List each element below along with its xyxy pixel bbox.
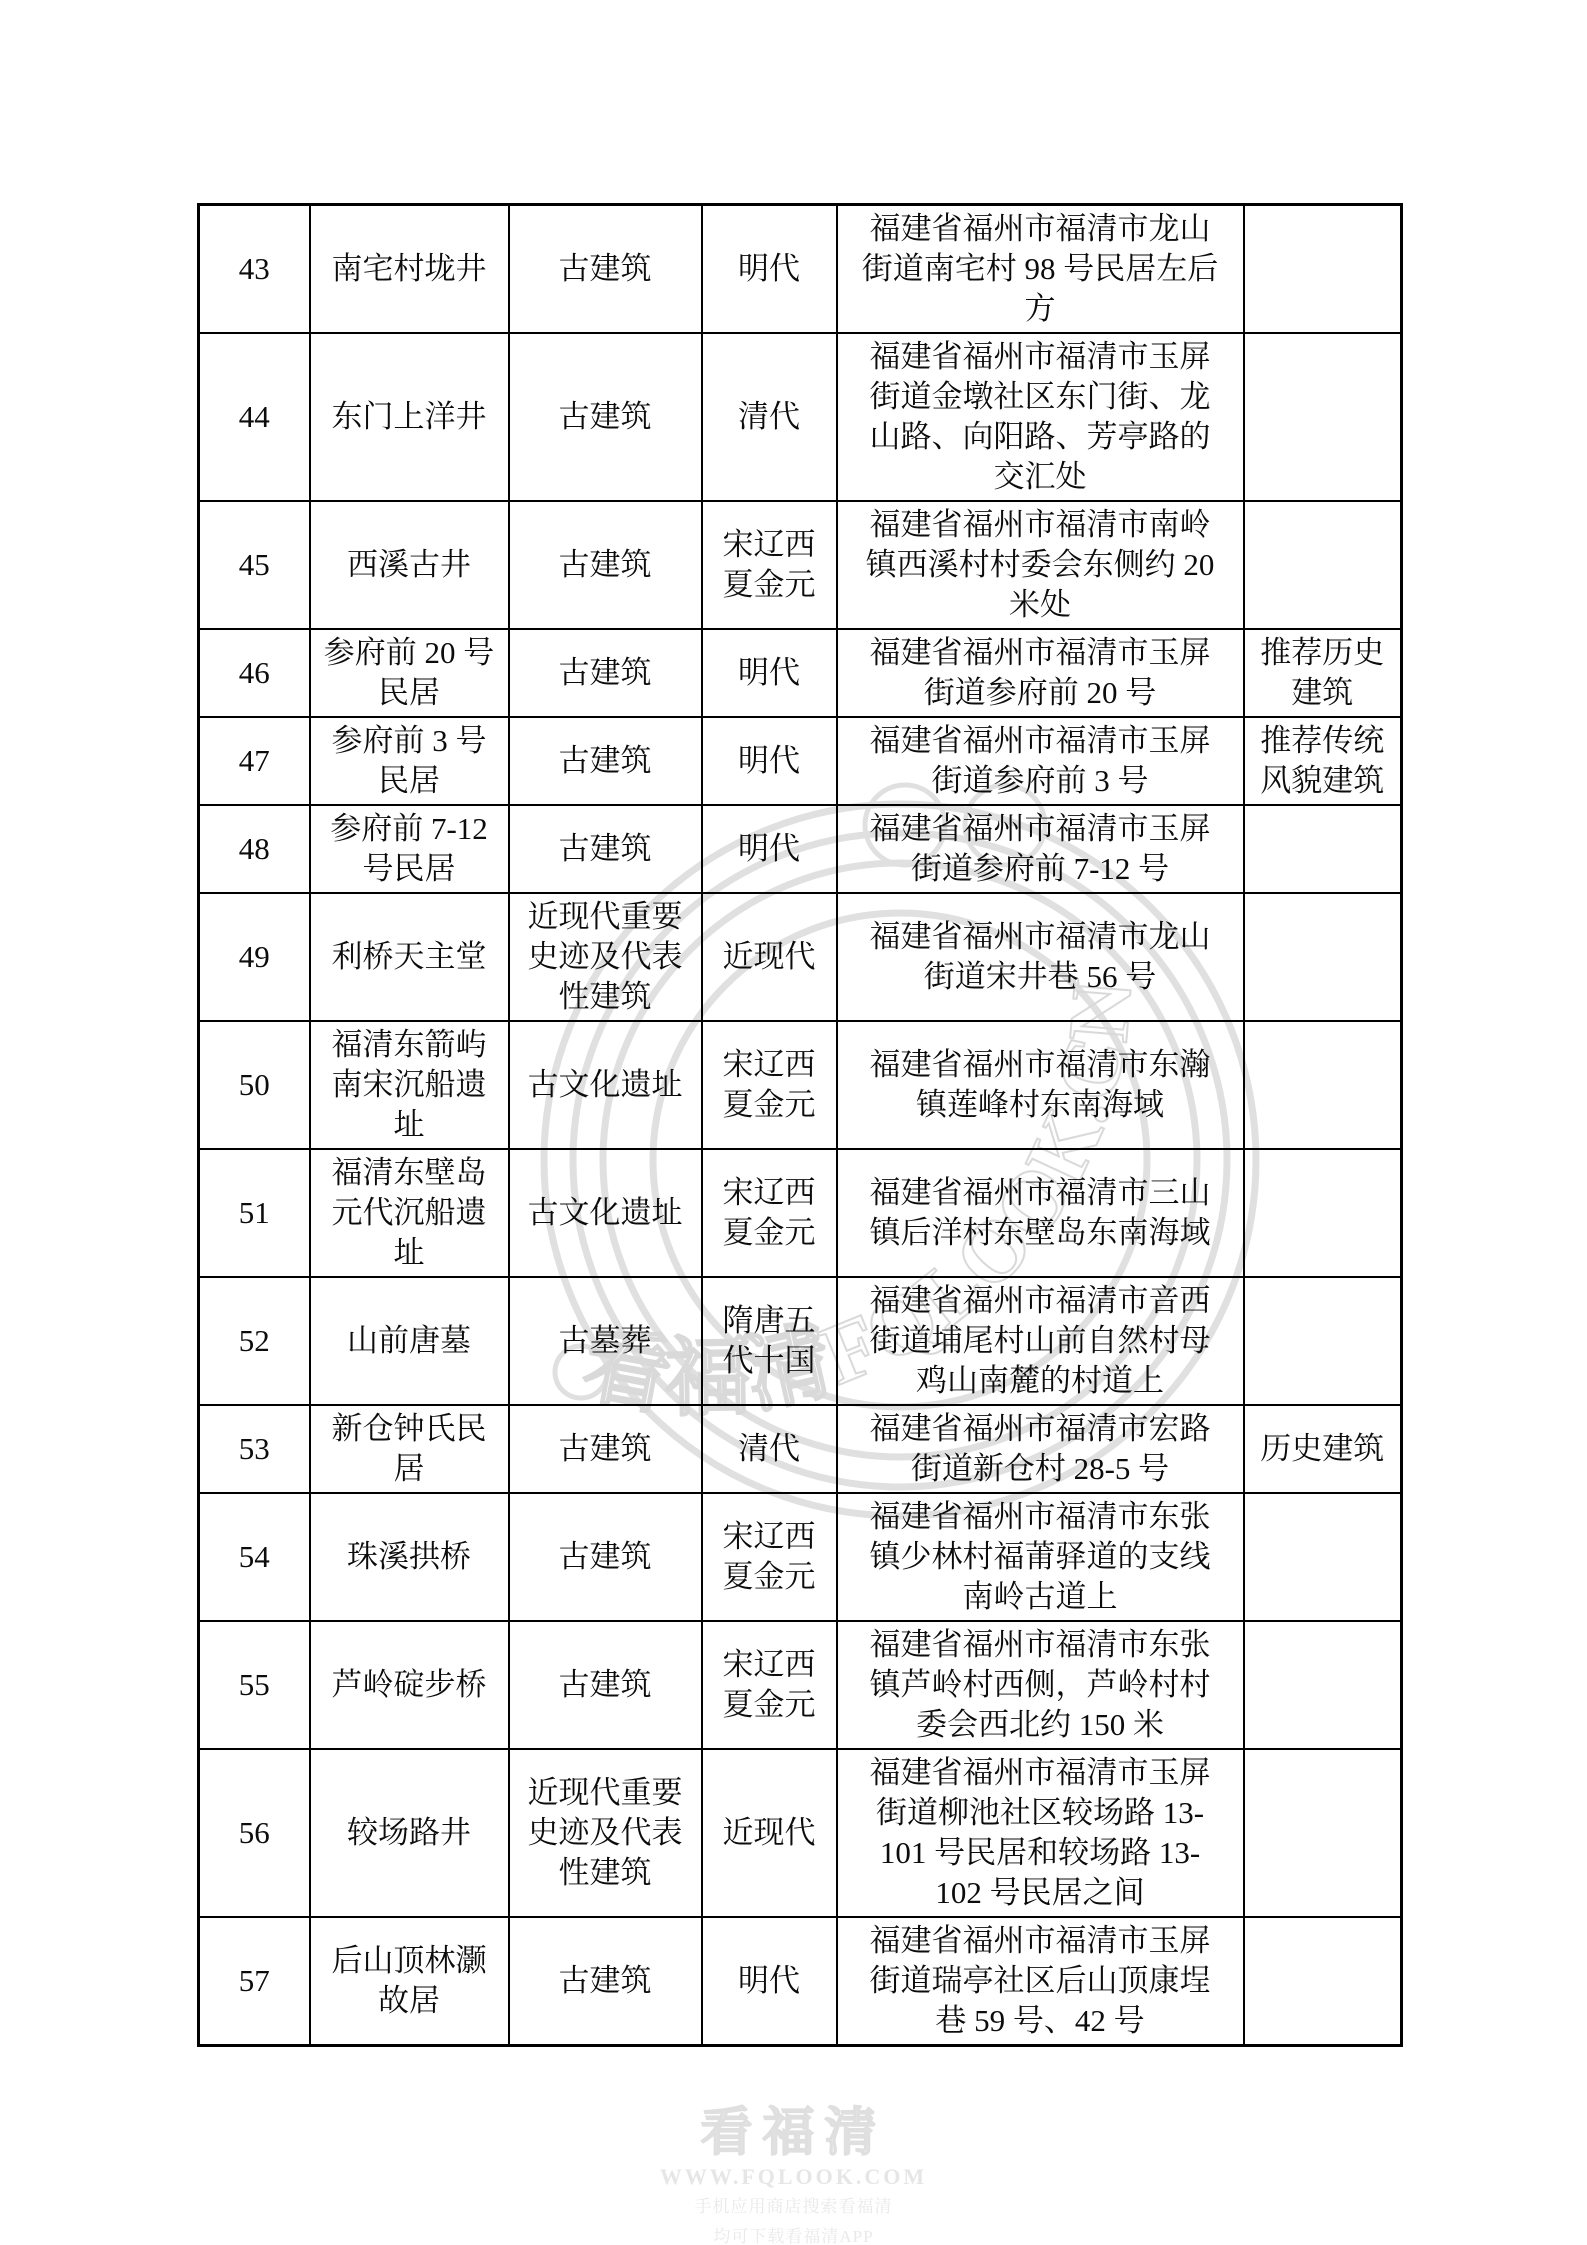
- cell-address: 福建省福州市福清市玉屏街道柳池社区较场路 13-101 号民居和较场路 13-1…: [837, 1749, 1244, 1917]
- cell-serial: 44: [199, 333, 310, 501]
- heritage-table-body: 43 南宅村垅井 古建筑 明代 福建省福州市福清市龙山街道南宅村 98 号民居左…: [199, 205, 1402, 2046]
- cell-type: 古建筑: [509, 1917, 702, 2046]
- cell-name: 南宅村垅井: [310, 205, 509, 334]
- table-row: 48 参府前 7-12 号民居 古建筑 明代 福建省福州市福清市玉屏街道参府前 …: [199, 805, 1402, 893]
- cell-type: 古建筑: [509, 1621, 702, 1749]
- cell-serial: 54: [199, 1493, 310, 1621]
- table-row: 43 南宅村垅井 古建筑 明代 福建省福州市福清市龙山街道南宅村 98 号民居左…: [199, 205, 1402, 334]
- cell-remark: 推荐传统风貌建筑: [1244, 717, 1402, 805]
- cell-name: 参府前 3 号民居: [310, 717, 509, 805]
- cell-name: 芦岭碇步桥: [310, 1621, 509, 1749]
- watermark-site: WWW.FQLOOK.COM: [0, 2166, 1587, 2188]
- cell-address: 福建省福州市福清市宏路街道新仓村 28-5 号: [837, 1405, 1244, 1493]
- cell-address: 福建省福州市福清市东张镇少林村福莆驿道的支线南岭古道上: [837, 1493, 1244, 1621]
- table-row: 51 福清东壁岛元代沉船遗址 古文化遗址 宋辽西夏金元 福建省福州市福清市三山镇…: [199, 1149, 1402, 1277]
- watermark-note-1: 手机应用商店搜索看福清: [0, 2195, 1587, 2218]
- cell-address: 福建省福州市福清市玉屏街道金墩社区东门街、龙山路、向阳路、芳亭路的交汇处: [837, 333, 1244, 501]
- table-row: 54 珠溪拱桥 古建筑 宋辽西夏金元 福建省福州市福清市东张镇少林村福莆驿道的支…: [199, 1493, 1402, 1621]
- cell-name: 较场路井: [310, 1749, 509, 1917]
- cell-serial: 49: [199, 893, 310, 1021]
- watermark-note-2: 均可下载看福清APP: [0, 2225, 1587, 2245]
- cell-remark: [1244, 501, 1402, 629]
- table-row: 46 参府前 20 号民居 古建筑 明代 福建省福州市福清市玉屏街道参府前 20…: [199, 629, 1402, 717]
- table-row: 50 福清东箭屿南宋沉船遗址 古文化遗址 宋辽西夏金元 福建省福州市福清市东瀚镇…: [199, 1021, 1402, 1149]
- cell-type: 近现代重要史迹及代表性建筑: [509, 1749, 702, 1917]
- cell-era: 宋辽西夏金元: [702, 1021, 837, 1149]
- cell-era: 宋辽西夏金元: [702, 1149, 837, 1277]
- cell-remark: 历史建筑: [1244, 1405, 1402, 1493]
- cell-name: 新仓钟氏民居: [310, 1405, 509, 1493]
- cell-type: 古建筑: [509, 805, 702, 893]
- table-row: 52 山前唐墓 古墓葬 隋唐五代十国 福建省福州市福清市音西街道埔尾村山前自然村…: [199, 1277, 1402, 1405]
- cell-era: 清代: [702, 1405, 837, 1493]
- cell-type: 古建筑: [509, 1493, 702, 1621]
- cell-serial: 50: [199, 1021, 310, 1149]
- cell-address: 福建省福州市福清市玉屏街道参府前 20 号: [837, 629, 1244, 717]
- cell-name: 后山顶林灏故居: [310, 1917, 509, 2046]
- cell-remark: [1244, 1021, 1402, 1149]
- cell-name: 福清东壁岛元代沉船遗址: [310, 1149, 509, 1277]
- table-row: 57 后山顶林灏故居 古建筑 明代 福建省福州市福清市玉屏街道瑞亭社区后山顶康埕…: [199, 1917, 1402, 2046]
- cell-serial: 48: [199, 805, 310, 893]
- cell-type: 古建筑: [509, 205, 702, 334]
- table-row: 44 东门上洋井 古建筑 清代 福建省福州市福清市玉屏街道金墩社区东门街、龙山路…: [199, 333, 1402, 501]
- cell-address: 福建省福州市福清市龙山街道南宅村 98 号民居左后方: [837, 205, 1244, 334]
- cell-remark: 推荐历史建筑: [1244, 629, 1402, 717]
- cell-era: 隋唐五代十国: [702, 1277, 837, 1405]
- cell-name: 珠溪拱桥: [310, 1493, 509, 1621]
- cell-name: 山前唐墓: [310, 1277, 509, 1405]
- cell-name: 东门上洋井: [310, 333, 509, 501]
- cell-serial: 51: [199, 1149, 310, 1277]
- cell-address: 福建省福州市福清市玉屏街道参府前 7-12 号: [837, 805, 1244, 893]
- cell-serial: 47: [199, 717, 310, 805]
- cell-remark: [1244, 1277, 1402, 1405]
- cell-name: 福清东箭屿南宋沉船遗址: [310, 1021, 509, 1149]
- cell-type: 古建筑: [509, 1405, 702, 1493]
- table-row: 55 芦岭碇步桥 古建筑 宋辽西夏金元 福建省福州市福清市东张镇芦岭村西侧，芦岭…: [199, 1621, 1402, 1749]
- cell-name: 西溪古井: [310, 501, 509, 629]
- cell-type: 古文化遗址: [509, 1149, 702, 1277]
- cell-address: 福建省福州市福清市玉屏街道参府前 3 号: [837, 717, 1244, 805]
- cell-type: 古建筑: [509, 629, 702, 717]
- watermark-brand: 看福清: [0, 2108, 1587, 2160]
- cell-era: 近现代: [702, 1749, 837, 1917]
- cell-serial: 52: [199, 1277, 310, 1405]
- cell-address: 福建省福州市福清市东张镇芦岭村西侧，芦岭村村委会西北约 150 米: [837, 1621, 1244, 1749]
- cell-type: 古建筑: [509, 717, 702, 805]
- cell-era: 宋辽西夏金元: [702, 1493, 837, 1621]
- cell-address: 福建省福州市福清市东瀚镇莲峰村东南海域: [837, 1021, 1244, 1149]
- cell-serial: 45: [199, 501, 310, 629]
- cell-serial: 53: [199, 1405, 310, 1493]
- cell-era: 明代: [702, 717, 837, 805]
- cell-remark: [1244, 1917, 1402, 2046]
- cell-remark: [1244, 205, 1402, 334]
- cell-era: 宋辽西夏金元: [702, 1621, 837, 1749]
- cell-remark: [1244, 1493, 1402, 1621]
- cell-name: 利桥天主堂: [310, 893, 509, 1021]
- cell-address: 福建省福州市福清市龙山街道宋井巷 56 号: [837, 893, 1244, 1021]
- table-row: 47 参府前 3 号民居 古建筑 明代 福建省福州市福清市玉屏街道参府前 3 号…: [199, 717, 1402, 805]
- cell-type: 古墓葬: [509, 1277, 702, 1405]
- cell-era: 明代: [702, 205, 837, 334]
- cell-type: 近现代重要史迹及代表性建筑: [509, 893, 702, 1021]
- cell-era: 近现代: [702, 893, 837, 1021]
- cell-era: 清代: [702, 333, 837, 501]
- heritage-table: 43 南宅村垅井 古建筑 明代 福建省福州市福清市龙山街道南宅村 98 号民居左…: [197, 203, 1403, 2047]
- cell-address: 福建省福州市福清市三山镇后洋村东壁岛东南海域: [837, 1149, 1244, 1277]
- table-row: 53 新仓钟氏民居 古建筑 清代 福建省福州市福清市宏路街道新仓村 28-5 号…: [199, 1405, 1402, 1493]
- cell-remark: [1244, 805, 1402, 893]
- cell-name: 参府前 20 号民居: [310, 629, 509, 717]
- cell-address: 福建省福州市福清市玉屏街道瑞亭社区后山顶康埕巷 59 号、42 号: [837, 1917, 1244, 2046]
- cell-remark: [1244, 1749, 1402, 1917]
- cell-remark: [1244, 1149, 1402, 1277]
- cell-type: 古文化遗址: [509, 1021, 702, 1149]
- table-row: 49 利桥天主堂 近现代重要史迹及代表性建筑 近现代 福建省福州市福清市龙山街道…: [199, 893, 1402, 1021]
- cell-address: 福建省福州市福清市南岭镇西溪村村委会东侧约 20 米处: [837, 501, 1244, 629]
- cell-era: 宋辽西夏金元: [702, 501, 837, 629]
- table-row: 45 西溪古井 古建筑 宋辽西夏金元 福建省福州市福清市南岭镇西溪村村委会东侧约…: [199, 501, 1402, 629]
- cell-address: 福建省福州市福清市音西街道埔尾村山前自然村母鸡山南麓的村道上: [837, 1277, 1244, 1405]
- cell-serial: 55: [199, 1621, 310, 1749]
- cell-era: 明代: [702, 805, 837, 893]
- cell-remark: [1244, 1621, 1402, 1749]
- cell-era: 明代: [702, 629, 837, 717]
- cell-type: 古建筑: [509, 501, 702, 629]
- table-row: 56 较场路井 近现代重要史迹及代表性建筑 近现代 福建省福州市福清市玉屏街道柳…: [199, 1749, 1402, 1917]
- cell-type: 古建筑: [509, 333, 702, 501]
- cell-remark: [1244, 333, 1402, 501]
- cell-serial: 46: [199, 629, 310, 717]
- cell-serial: 43: [199, 205, 310, 334]
- cell-name: 参府前 7-12 号民居: [310, 805, 509, 893]
- cell-serial: 57: [199, 1917, 310, 2046]
- cell-remark: [1244, 893, 1402, 1021]
- bottom-watermark: 看福清 WWW.FQLOOK.COM 手机应用商店搜索看福清 均可下载看福清AP…: [0, 2108, 1587, 2245]
- cell-era: 明代: [702, 1917, 837, 2046]
- cell-serial: 56: [199, 1749, 310, 1917]
